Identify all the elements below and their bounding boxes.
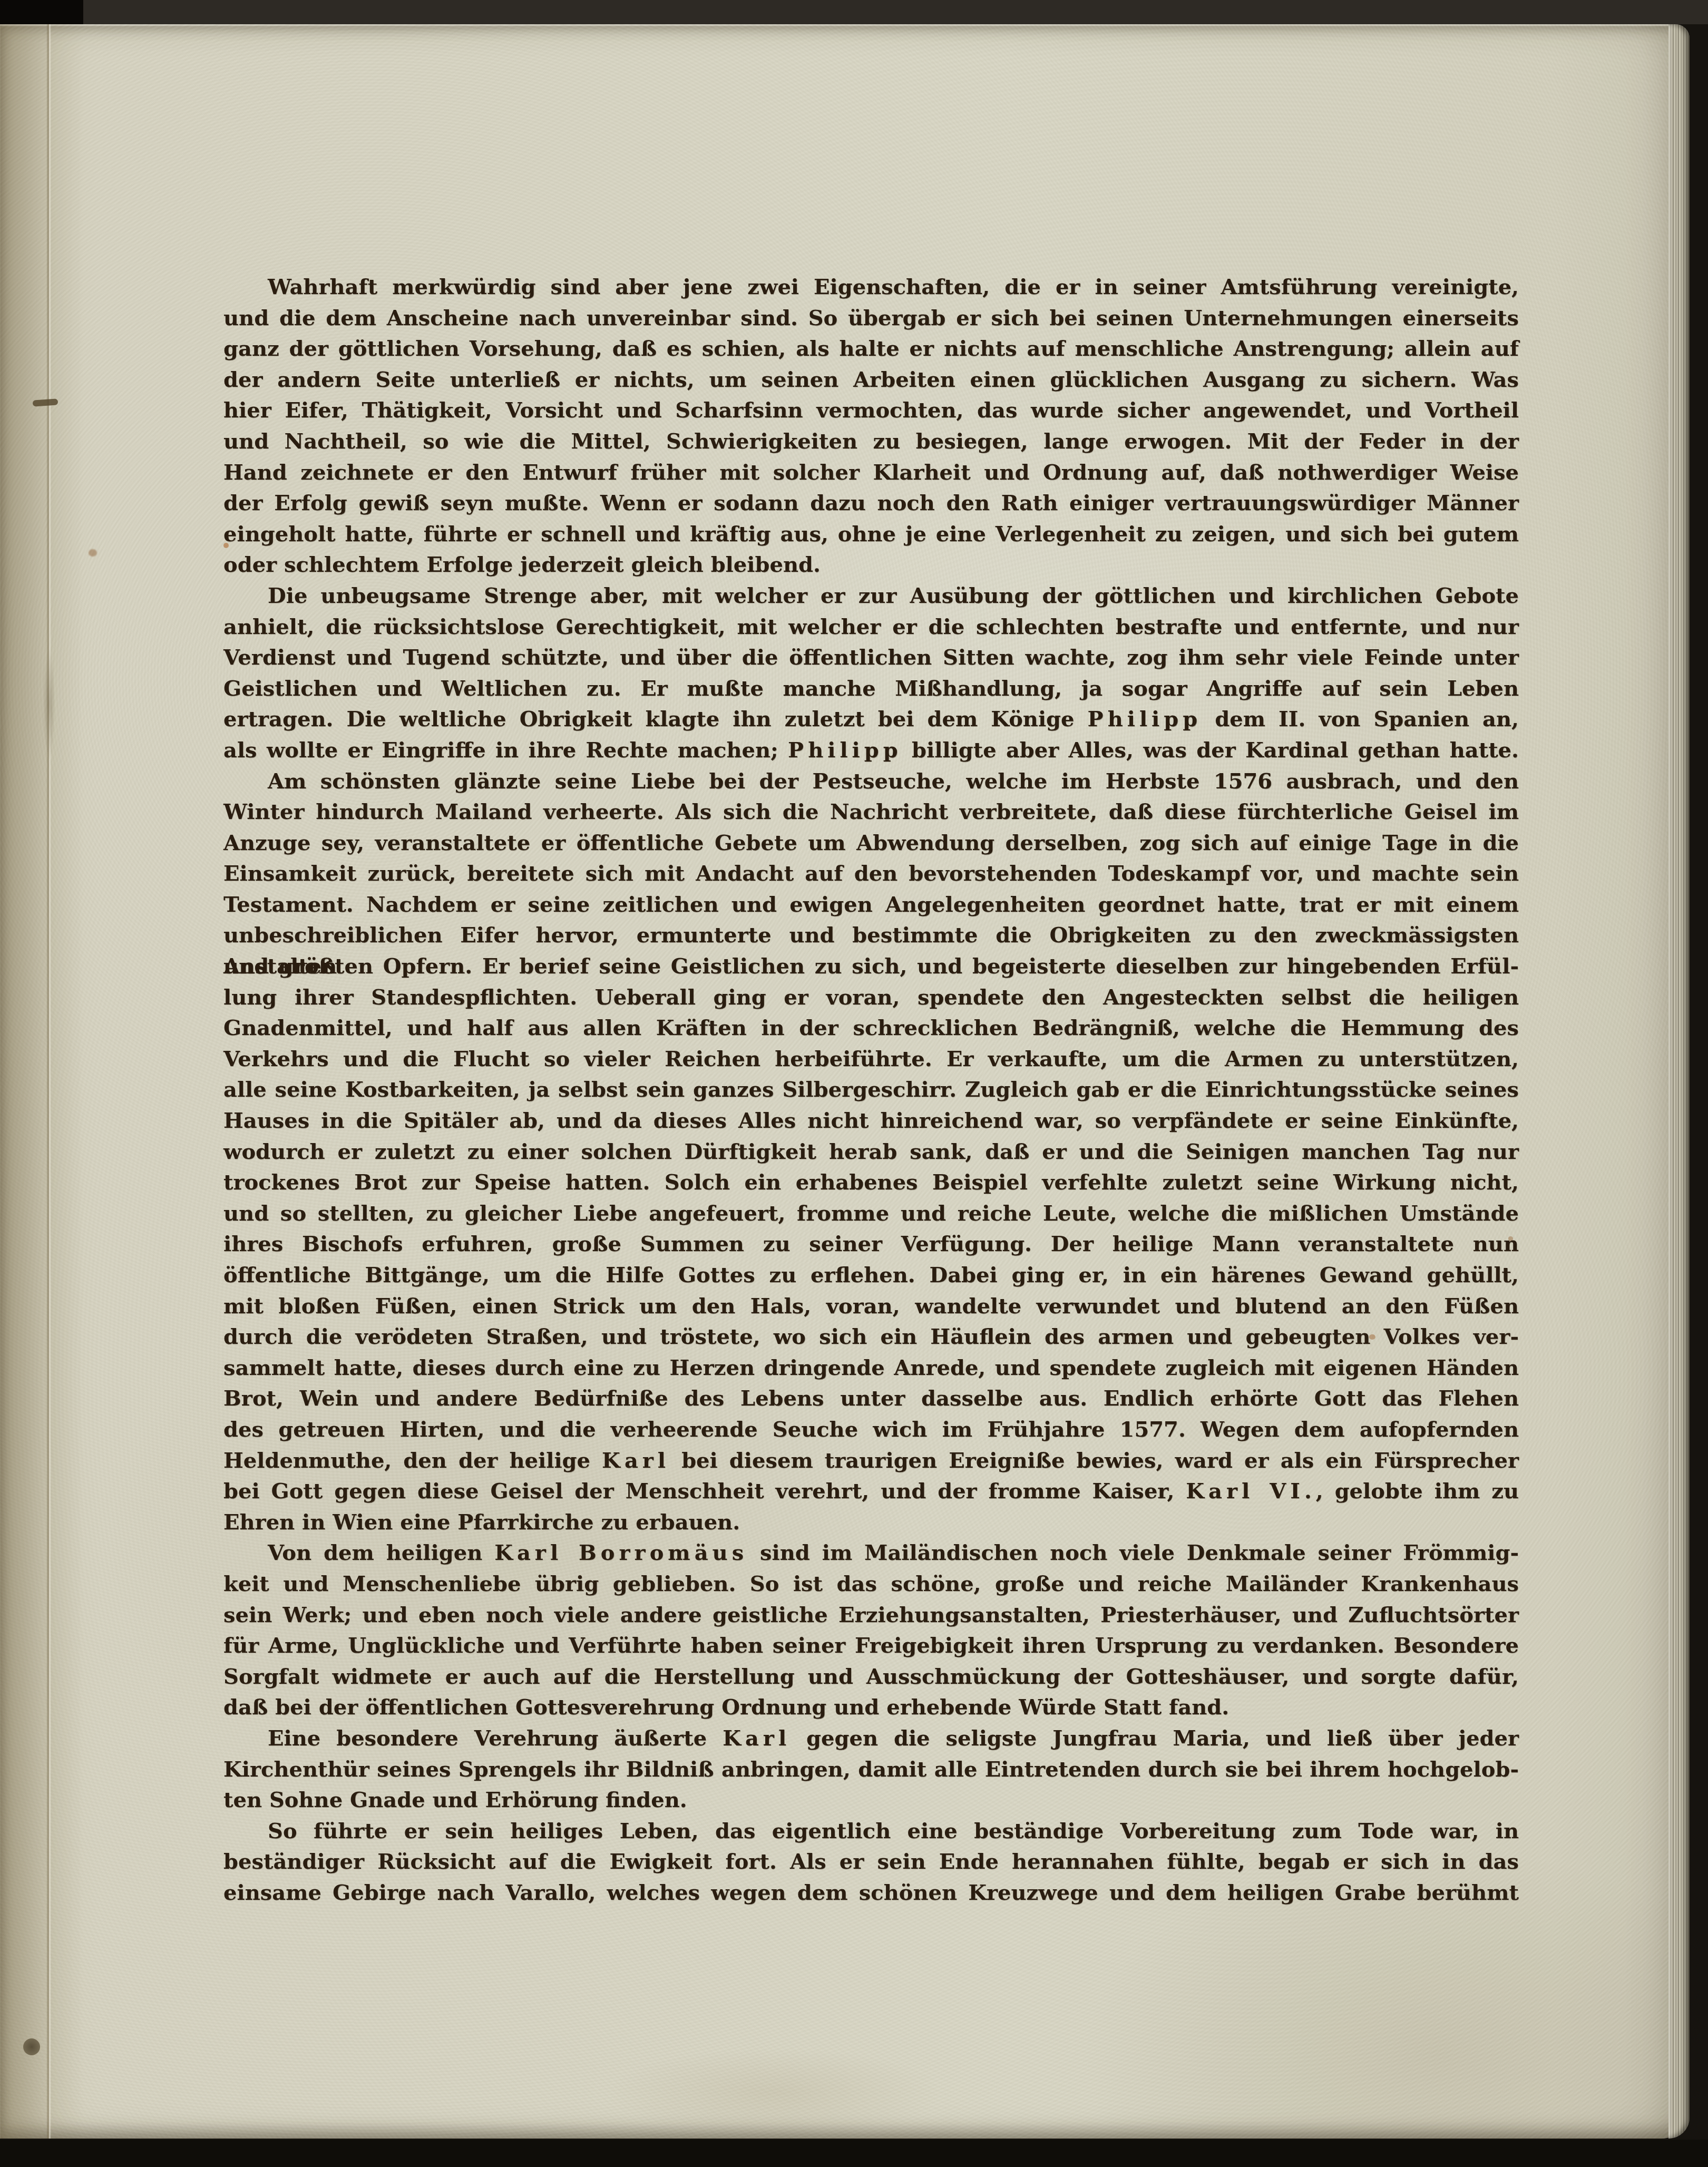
text-line: der Erfolg gewiß seyn mußte. Wenn er sod… xyxy=(223,488,1519,519)
paragraph: Von dem heiligen Karl Borromäus sind im … xyxy=(223,1538,1519,1723)
text-line: durch die verödeten Straßen, und tröstet… xyxy=(223,1322,1519,1353)
text-line: Die unbeugsame Strenge aber, mit welcher… xyxy=(223,581,1519,612)
text-line: und die dem Anscheine nach unvereinbar s… xyxy=(223,303,1519,334)
text-line: als wollte er Eingriffe in ihre Rechte m… xyxy=(223,735,1519,766)
text-line: Hand zeichnete er den Entwurf früher mit… xyxy=(223,457,1519,489)
scanned-book-page: { "document": { "kind": "scanned book pa… xyxy=(0,0,1708,2167)
text-line: oder schlechtem Erfolge jederzeit gleich… xyxy=(223,550,1519,581)
binding-stitch-mark xyxy=(23,2038,40,2055)
letterspaced-name: Philipp xyxy=(1088,707,1202,731)
text-line: ihres Bischofs erfuhren, große Summen zu… xyxy=(223,1229,1519,1260)
text-line: daß bei der öffentlichen Gottesverehrung… xyxy=(223,1692,1519,1723)
text-line: Hauses in die Spitäler ab, und da dieses… xyxy=(223,1106,1519,1137)
text-line: unbeschreiblichen Eifer hervor, ermunter… xyxy=(223,920,1519,951)
text-line: mit bloßen Füßen, einen Strick um den Ha… xyxy=(223,1291,1519,1322)
text-line: lung ihrer Standespflichten. Ueberall gi… xyxy=(223,982,1519,1013)
text-line: öffentliche Bittgänge, um die Hilfe Gott… xyxy=(223,1260,1519,1291)
text-line: Am schönsten glänzte seine Liebe bei der… xyxy=(223,766,1519,797)
letterspaced-name: Karl xyxy=(602,1448,670,1473)
book-gutter-shadow xyxy=(0,24,84,2139)
text-line: Winter hindurch Mailand verheerte. Als s… xyxy=(223,797,1519,828)
text-line: So führte er sein heiliges Leben, das ei… xyxy=(223,1816,1519,1847)
paragraph: Wahrhaft merkwürdig sind aber jene zwei … xyxy=(223,272,1519,581)
paper-smudge xyxy=(606,2048,943,2137)
text-line: anhielt, die rücksichtslose Gerechtigkei… xyxy=(223,612,1519,643)
scanner-background-top xyxy=(0,0,1708,24)
text-line: Anzuge sey, veranstaltete er öffentliche… xyxy=(223,828,1519,859)
text-line: Verkehrs und die Flucht so vieler Reiche… xyxy=(223,1044,1519,1075)
text-line: Testament. Nachdem er seine zeitlichen u… xyxy=(223,890,1519,921)
letterspaced-name: Karl VI. xyxy=(1186,1479,1316,1504)
text-line: sammelt hatte, dieses durch eine zu Herz… xyxy=(223,1353,1519,1384)
text-line: wodurch er zuletzt zu einer solchen Dürf… xyxy=(223,1137,1519,1168)
text-line: bei Gott gegen diese Geisel der Menschhe… xyxy=(223,1476,1519,1507)
text-line: ertragen. Die weltliche Obrigkeit klagte… xyxy=(223,704,1519,735)
text-line: Gnadenmittel, und half aus allen Kräften… xyxy=(223,1013,1519,1044)
text-line: keit und Menschenliebe übrig geblieben. … xyxy=(223,1569,1519,1600)
text-line: alle seine Kostbarkeiten, ja selbst sein… xyxy=(223,1075,1519,1106)
text-line: der andern Seite unterließ er nichts, um… xyxy=(223,365,1519,396)
book-page: Wahrhaft merkwürdig sind aber jene zwei … xyxy=(0,24,1690,2139)
text-line: trockenes Brot zur Speise hatten. Solch … xyxy=(223,1167,1519,1198)
text-line: Ehren in Wien eine Pfarrkirche zu erbaue… xyxy=(223,1507,1519,1538)
letterspaced-name: Philipp xyxy=(788,738,902,763)
letterspaced-name: Karl Borromäus xyxy=(494,1540,748,1565)
text-line: Wahrhaft merkwürdig sind aber jene zwei … xyxy=(223,272,1519,303)
page-edge-stack xyxy=(1668,24,1690,2139)
text-line: und so stellten, zu gleicher Liebe angef… xyxy=(223,1198,1519,1229)
gutter-crease-bulge xyxy=(41,630,57,778)
text-line: Von dem heiligen Karl Borromäus sind im … xyxy=(223,1538,1519,1569)
text-line: und Nachtheil, so wie die Mittel, Schwie… xyxy=(223,426,1519,457)
letterspaced-name: Karl xyxy=(723,1726,790,1751)
text-line: Kirchenthür seines Sprengels ihr Bildniß… xyxy=(223,1754,1519,1785)
text-line: Eine besondere Verehrung äußerte Karl ge… xyxy=(223,1723,1519,1754)
text-line: Sorgfalt widmete er auch auf die Herstel… xyxy=(223,1662,1519,1693)
text-line: für Arme, Unglückliche und Verführte hab… xyxy=(223,1631,1519,1662)
printed-text-block: Wahrhaft merkwürdig sind aber jene zwei … xyxy=(223,272,1519,1908)
text-line: sein Werk; und eben noch viele andere ge… xyxy=(223,1600,1519,1631)
paragraph: Die unbeugsame Strenge aber, mit welcher… xyxy=(223,581,1519,766)
text-line: und größten Opfern. Er berief seine Geis… xyxy=(223,951,1519,982)
text-line: ganz der göttlichen Vorsehung, daß es sc… xyxy=(223,334,1519,365)
text-line: Geistlichen und Weltlichen zu. Er mußte … xyxy=(223,673,1519,705)
text-line: Brot, Wein und andere Bedürfniße des Leb… xyxy=(223,1383,1519,1414)
book-gutter-crease xyxy=(46,24,51,2139)
text-line: Verdienst und Tugend schützte, und über … xyxy=(223,642,1519,673)
paper-stain xyxy=(89,549,97,557)
text-line: einsame Gebirge nach Varallo, welches we… xyxy=(223,1878,1519,1909)
paragraph: So führte er sein heiliges Leben, das ei… xyxy=(223,1816,1519,1909)
paragraph: Eine besondere Verehrung äußerte Karl ge… xyxy=(223,1723,1519,1816)
text-line: ten Sohne Gnade und Erhörung finden. xyxy=(223,1785,1519,1816)
paragraph: Am schönsten glänzte seine Liebe bei der… xyxy=(223,766,1519,1538)
text-line: hier Eifer, Thätigkeit, Vorsicht und Sch… xyxy=(223,395,1519,426)
text-line: eingeholt hatte, führte er schnell und k… xyxy=(223,519,1519,550)
scanner-background-bottom xyxy=(0,2140,1708,2167)
text-line: Einsamkeit zurück, bereitete sich mit An… xyxy=(223,858,1519,890)
text-line: beständiger Rücksicht auf die Ewigkeit f… xyxy=(223,1847,1519,1878)
text-line: des getreuen Hirten, und die verheerende… xyxy=(223,1414,1519,1446)
text-line: Heldenmuthe, den der heilige Karl bei di… xyxy=(223,1446,1519,1477)
